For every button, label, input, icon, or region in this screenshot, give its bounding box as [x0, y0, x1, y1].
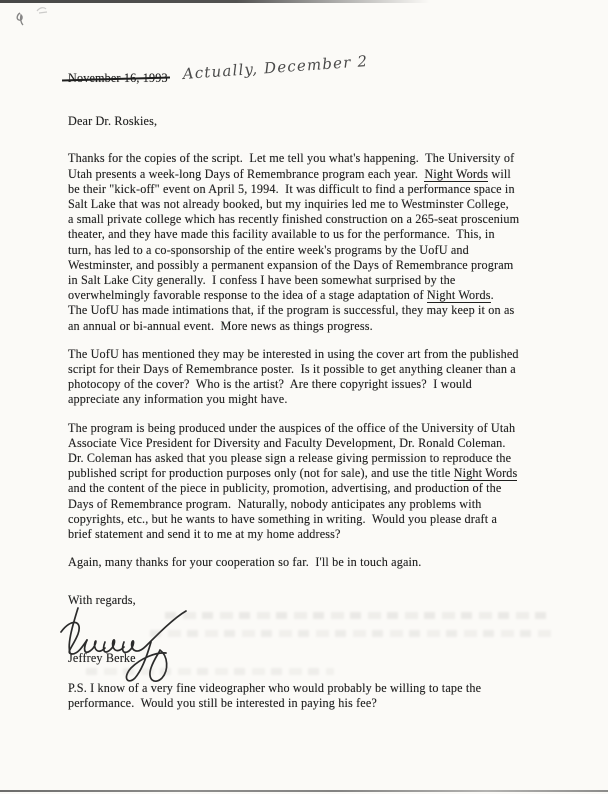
text-line: and the content of the piece in publicit… [68, 481, 568, 496]
text-line: script for their Days of Remembrance pos… [68, 362, 568, 377]
text-segment: a small private college which has recent… [68, 212, 519, 226]
text-line: appreciate any information you might hav… [68, 392, 568, 407]
text-line: Utah presents a week-long Days of Rememb… [68, 167, 568, 182]
paragraph: The UofU has mentioned they may be inter… [68, 347, 568, 408]
text-line: an annual or bi-annual event. More news … [68, 319, 568, 334]
scan-edge-artifact-bottom [0, 790, 608, 792]
text-line: turn, has led to a co-sponsorship of the… [68, 243, 568, 258]
text-segment: script for their Days of Remembrance pos… [68, 362, 516, 376]
text-line: performance. Would you still be interest… [68, 696, 568, 711]
text-line: The program is being produced under the … [68, 421, 568, 436]
pencil-mark-icon [12, 6, 36, 28]
text-line: a small private college which has recent… [68, 212, 568, 227]
text-line: Westminster, and possibly a permanent ex… [68, 258, 568, 273]
date-line: November 16, 1993 Actually, December 2 [68, 0, 568, 86]
typed-date: November 16, 1993 [68, 71, 168, 86]
bleed-through-text [150, 630, 554, 637]
text-segment: overwhelmingly favorable response to the… [68, 288, 427, 302]
text-segment: copyrights, etc., but he wants to have s… [68, 512, 497, 526]
text-line: Associate Vice President for Diversity a… [68, 436, 568, 451]
text-line: be their "kick-off" event on April 5, 19… [68, 182, 568, 197]
underlined-title: Night Words [427, 288, 491, 303]
text-segment: Days of Remembrance program. Naturally, … [68, 497, 482, 511]
text-segment: Again, many thanks for your cooperation … [68, 555, 421, 569]
paragraph: Thanks for the copies of the script. Let… [68, 151, 568, 333]
text-segment: theater, and they have made this facilit… [68, 227, 495, 241]
text-line: Days of Remembrance program. Naturally, … [68, 497, 568, 512]
bleed-through-text [86, 668, 334, 675]
paragraph: The program is being produced under the … [68, 421, 568, 543]
text-segment: Utah presents a week-long Days of Rememb… [68, 167, 424, 181]
text-segment: photocopy of the cover? Who is the artis… [68, 377, 472, 391]
text-segment: Dr. Coleman has asked that you please si… [68, 451, 511, 465]
text-line: The UofU has mentioned they may be inter… [68, 347, 568, 362]
paragraph: Again, many thanks for your cooperation … [68, 555, 568, 570]
text-line: theater, and they have made this facilit… [68, 227, 568, 242]
text-line: published script for production purposes… [68, 466, 568, 481]
text-line: The UofU has made intimations that, if t… [68, 303, 568, 318]
text-segment: turn, has led to a co-sponsorship of the… [68, 243, 469, 257]
text-segment: Associate Vice President for Diversity a… [68, 436, 506, 450]
text-segment: an annual or bi-annual event. More news … [68, 319, 373, 333]
text-segment: The UofU has mentioned they may be inter… [68, 347, 519, 361]
text-segment: will [488, 167, 511, 181]
text-line: Thanks for the copies of the script. Let… [68, 151, 568, 166]
text-line: overwhelmingly favorable response to the… [68, 288, 568, 303]
text-segment: and the content of the piece in publicit… [68, 481, 501, 495]
text-segment: Westminster, and possibly a permanent ex… [68, 258, 513, 272]
bleed-through-text [165, 612, 553, 619]
underlined-title: Night Words [424, 167, 488, 182]
text-line: Again, many thanks for your cooperation … [68, 555, 568, 570]
text-segment: Salt Lake that was not already booked, b… [68, 197, 509, 211]
text-segment: Thanks for the copies of the script. Let… [68, 151, 514, 165]
text-line: brief statement and send it to me at my … [68, 527, 568, 542]
text-segment: The program is being produced under the … [68, 421, 515, 435]
underlined-title: Night Words [454, 466, 518, 481]
text-line: in Salt Lake City generally. I confess I… [68, 273, 568, 288]
pencil-mark-icon [34, 3, 52, 17]
text-segment: . [491, 288, 494, 302]
scanned-letter-page: November 16, 1993 Actually, December 2 D… [0, 0, 608, 794]
text-line: copyrights, etc., but he wants to have s… [68, 512, 568, 527]
text-segment: in Salt Lake City generally. I confess I… [68, 273, 455, 287]
salutation: Dear Dr. Roskies, [68, 114, 568, 129]
text-segment: appreciate any information you might hav… [68, 392, 288, 406]
text-segment: published script for production purposes… [68, 466, 454, 480]
text-line: Salt Lake that was not already booked, b… [68, 197, 568, 212]
text-segment: The UofU has made intimations that, if t… [68, 303, 514, 317]
text-line: Dr. Coleman has asked that you please si… [68, 451, 568, 466]
letter-body: Thanks for the copies of the script. Let… [68, 151, 568, 570]
text-segment: be their "kick-off" event on April 5, 19… [68, 182, 515, 196]
handwritten-date-correction: Actually, December 2 [182, 54, 368, 82]
text-segment: brief statement and send it to me at my … [68, 527, 341, 541]
text-line: photocopy of the cover? Who is the artis… [68, 377, 568, 392]
